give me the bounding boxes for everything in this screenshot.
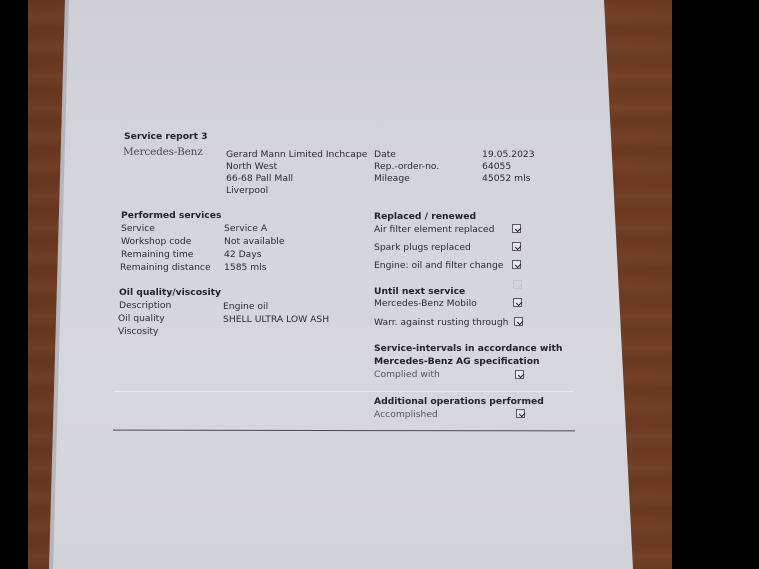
spark-plugs-checkbox[interactable] bbox=[512, 242, 521, 251]
rust-warranty-label: Warr. against rusting through bbox=[374, 318, 509, 327]
mobilo-checkbox[interactable] bbox=[513, 298, 522, 307]
workshop-code-value: Not available bbox=[224, 237, 285, 246]
performed-services-heading: Performed services bbox=[121, 211, 221, 220]
oil-description-label: Description bbox=[119, 301, 171, 310]
accomplished-label: Accomplished bbox=[374, 410, 438, 419]
complied-with-checkbox[interactable] bbox=[515, 370, 524, 379]
air-filter-checkbox[interactable] bbox=[512, 224, 521, 233]
service-report: Service report 3 Mercedes-Benz Gerard Ma… bbox=[0, 0, 759, 569]
remaining-distance-value: 1585 mls bbox=[224, 263, 267, 272]
remaining-time-value: 42 Days bbox=[224, 250, 262, 259]
service-value: Service A bbox=[224, 224, 267, 233]
dealer-line: 66-68 Pall Mall bbox=[226, 174, 293, 183]
dealer-line: Gerard Mann Limited Inchcape bbox=[226, 150, 367, 159]
meta-value-mileage: 45052 mls bbox=[482, 174, 530, 183]
service-intervals-heading-1: Service-intervals in accordance with bbox=[374, 344, 562, 353]
complied-with-label: Complied with bbox=[374, 370, 440, 379]
dealer-line: North West bbox=[226, 162, 277, 171]
brand-logo-text: Mercedes-Benz bbox=[123, 147, 203, 158]
meta-label-mileage: Mileage bbox=[374, 174, 410, 183]
report-title: Service report 3 bbox=[124, 132, 208, 141]
service-label: Service bbox=[121, 224, 155, 233]
additional-operations-heading: Additional operations performed bbox=[374, 397, 544, 406]
service-intervals-heading-2: Mercedes-Benz AG specification bbox=[374, 357, 540, 366]
remaining-distance-label: Remaining distance bbox=[120, 263, 211, 272]
photo-stage: Service report 3 Mercedes-Benz Gerard Ma… bbox=[0, 0, 759, 569]
section-divider-rule bbox=[113, 430, 575, 432]
faint-divider bbox=[113, 391, 573, 392]
spark-plugs-label: Spark plugs replaced bbox=[374, 243, 471, 252]
oil-filter-change-checkbox[interactable] bbox=[512, 260, 521, 269]
replaced-heading: Replaced / renewed bbox=[374, 212, 476, 221]
workshop-code-label: Workshop code bbox=[121, 237, 191, 246]
meta-label-order: Rep.-order-no. bbox=[374, 162, 439, 171]
accomplished-checkbox[interactable] bbox=[516, 409, 525, 418]
oil-heading: Oil quality/viscosity bbox=[119, 288, 221, 297]
air-filter-label: Air filter element replaced bbox=[374, 225, 494, 234]
rust-warranty-checkbox[interactable] bbox=[514, 317, 523, 326]
bleed-through-checkbox-mark bbox=[513, 280, 522, 289]
viscosity-label: Viscosity bbox=[118, 327, 158, 336]
oil-filter-change-label: Engine: oil and filter change bbox=[374, 261, 503, 270]
meta-label-date: Date bbox=[374, 150, 396, 159]
oil-quality-value: SHELL ULTRA LOW ASH bbox=[223, 315, 329, 324]
meta-value-order: 64055 bbox=[482, 162, 511, 171]
oil-description-value: Engine oil bbox=[223, 302, 268, 311]
mobilo-label: Mercedes-Benz Mobilo bbox=[374, 299, 477, 308]
until-next-service-heading: Until next service bbox=[374, 287, 465, 296]
oil-quality-label: Oil quality bbox=[118, 314, 165, 323]
remaining-time-label: Remaining time bbox=[121, 250, 193, 259]
dealer-line: Liverpool bbox=[226, 186, 268, 195]
meta-value-date: 19.05.2023 bbox=[482, 150, 535, 159]
